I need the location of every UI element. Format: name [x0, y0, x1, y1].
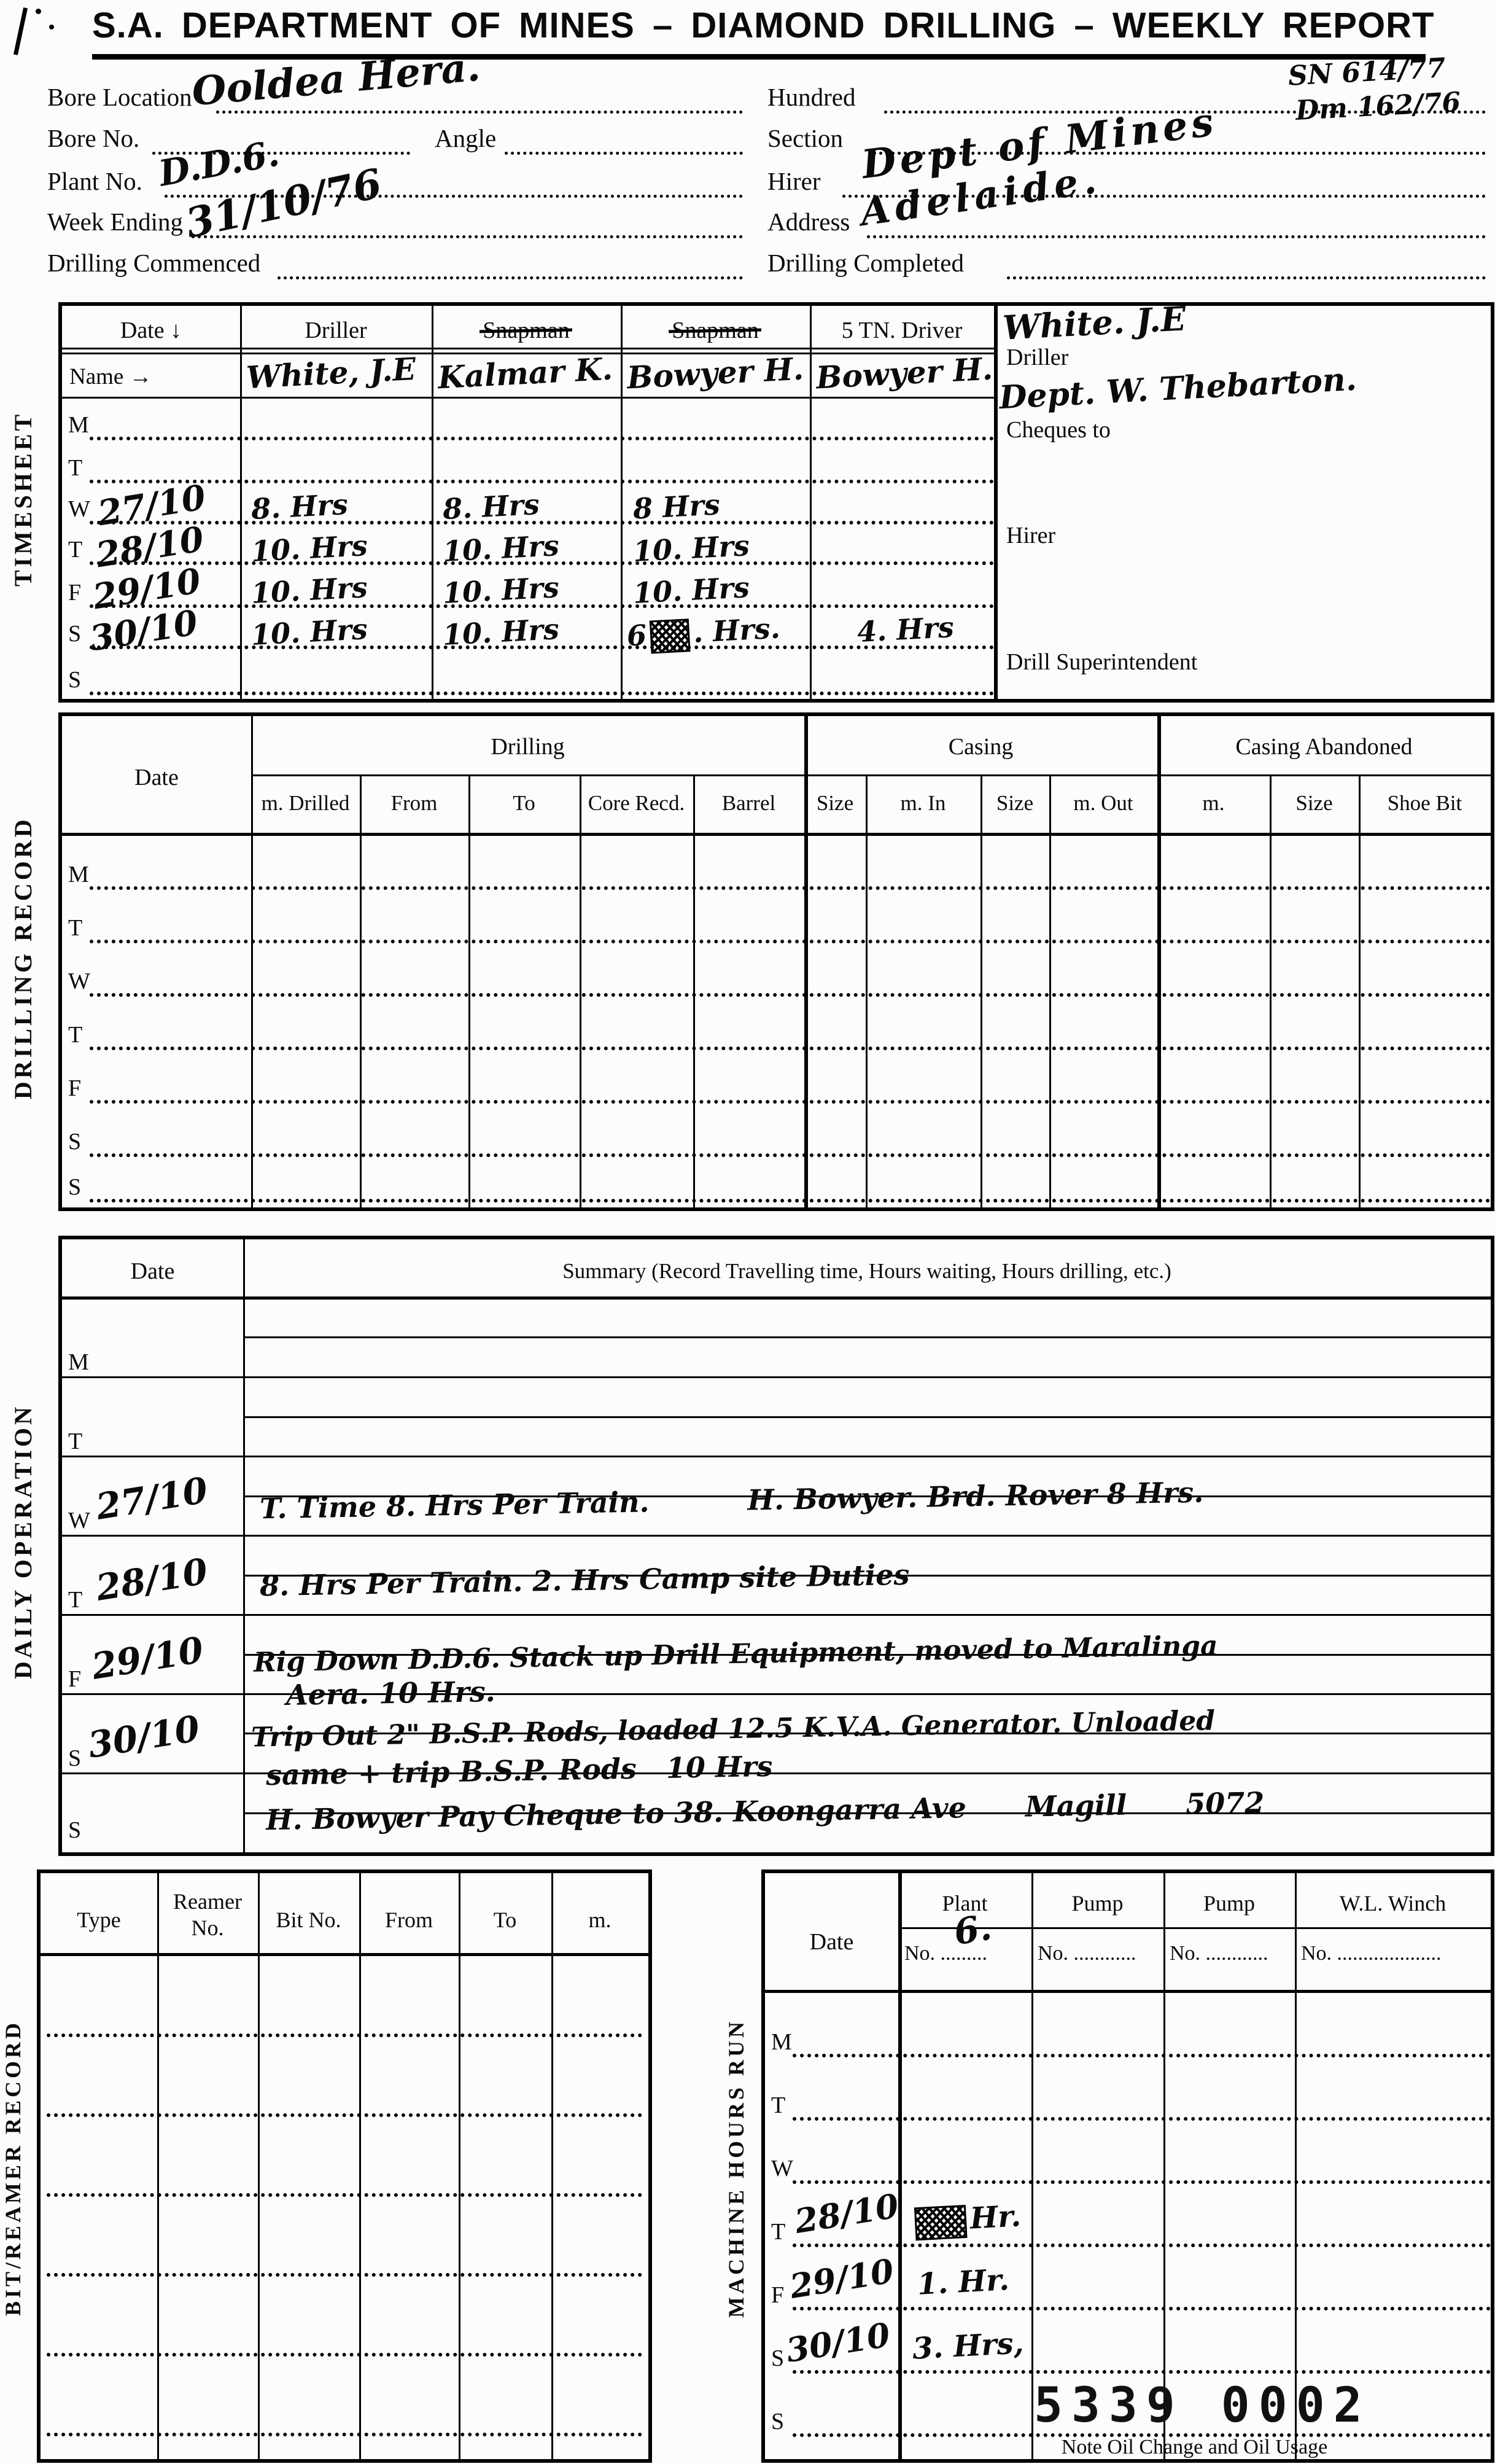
column-divider: [360, 774, 362, 1207]
summary-line: Trip Out 2" B.S.P. Rods, loaded 12.5 K.V…: [251, 1705, 1216, 1753]
winch-no-label: No. ....................: [1301, 1942, 1491, 1965]
hours-cell: 10. Hrs: [442, 612, 560, 652]
col-reamer-no: Reamer No.: [166, 1889, 249, 1941]
col-core-recd: Core Recd.: [580, 791, 693, 816]
row-rule: [90, 604, 994, 608]
day-label: F: [68, 1075, 81, 1102]
bore-location-label: Bore Location: [47, 82, 192, 112]
summary-line: T. Time 8. Hrs Per Train. H. Bowyer. Brd…: [260, 1476, 1204, 1526]
page-title: S.A. DEPARTMENT OF MINES – DIAMOND DRILL…: [92, 5, 1434, 46]
row-rule: [62, 1535, 1491, 1537]
header-rule: [62, 348, 994, 349]
row-rule: [793, 2244, 1491, 2247]
title-underline: [92, 54, 1426, 60]
day-label: S: [68, 1174, 81, 1201]
column-divider: [810, 306, 812, 699]
summary-line: H. Bowyer Pay Cheque to 38. Koongarra Av…: [266, 1786, 1265, 1836]
week-ending-label: Week Ending: [47, 207, 183, 236]
header-rule: [62, 833, 1491, 836]
row-rule: [47, 2353, 642, 2357]
row-rule: [62, 1456, 1491, 1457]
day-label: M: [68, 411, 89, 439]
row-rule: [47, 2033, 642, 2037]
ref-number-dm: Dm 162/76: [1295, 87, 1461, 127]
timesheet-section-label: TIMESHEET: [9, 382, 37, 615]
bore-no-label: Bore No.: [47, 123, 139, 153]
col-bit-no: Bit No.: [258, 1907, 359, 1933]
col-size-2: Size: [980, 791, 1049, 816]
col-m: m.: [551, 1907, 648, 1933]
day-label: F: [68, 1666, 81, 1693]
col-from: From: [359, 1907, 459, 1933]
summary-line: Aera. 10 Hrs.: [286, 1675, 496, 1712]
angle-label: Angle: [435, 123, 496, 153]
side-driller-name: White. J.E: [1002, 298, 1187, 348]
daily-date-f: 29/10: [89, 1629, 206, 1688]
hirer-label: Hirer: [767, 166, 821, 196]
summary-header: Summary (Record Travelling time, Hours w…: [243, 1259, 1491, 1284]
day-label: M: [68, 1349, 89, 1376]
row-rule: [90, 1199, 1491, 1203]
bit-reamer-table: Type Reamer No. Bit No. From To m.: [37, 1869, 652, 2463]
col-pump-1: Pump: [1031, 1890, 1163, 1916]
col-to: To: [468, 791, 580, 816]
date-header: Date: [765, 1928, 898, 1955]
scan-artifact: [36, 9, 41, 14]
day-label: M: [771, 2029, 792, 2056]
day-label: T: [68, 454, 82, 481]
col-size-1: Size: [804, 791, 866, 816]
machine-date-s: 30/10: [783, 2315, 893, 2370]
column-divider: [459, 1873, 460, 2459]
summary-line: 8. Hrs Per Train. 2. Hrs Camp site Dutie…: [260, 1558, 910, 1602]
row-rule: [793, 2117, 1491, 2121]
day-label: W: [68, 496, 90, 523]
row-rule: [90, 1153, 1491, 1157]
day-label: T: [68, 536, 82, 563]
row-rule: [47, 2193, 642, 2197]
drilling-commenced-line: [278, 276, 743, 279]
day-label: T: [68, 1586, 82, 1613]
column-divider: [1270, 774, 1272, 1207]
day-label: F: [771, 2282, 784, 2309]
row-rule: [62, 1693, 1491, 1695]
column-divider: [258, 1873, 260, 2459]
hours-cell: 8 Hrs: [632, 488, 721, 525]
ruled-line: [243, 1416, 1491, 1418]
week-ending-line: [192, 235, 743, 238]
bit-reamer-section-label: BIT/REAMER RECORD: [0, 1996, 26, 2340]
day-label: W: [771, 2155, 793, 2182]
day-label: W: [68, 1507, 90, 1534]
plant-no-value: 6.: [951, 1906, 994, 1954]
day-label: S: [68, 1817, 81, 1844]
scan-artifact: [49, 25, 54, 29]
drilling-record-section-label: DRILLING RECORD: [9, 811, 37, 1105]
day-label: S: [68, 1128, 81, 1155]
row-rule: [793, 2054, 1491, 2057]
row-rule: [793, 2370, 1491, 2374]
row-rule: [90, 480, 994, 483]
day-label: M: [68, 861, 89, 888]
column-divider: [432, 306, 433, 699]
row-rule: [90, 692, 994, 695]
col-to: To: [459, 1907, 551, 1933]
column-divider: [580, 774, 581, 1207]
daily-date-t2: 28/10: [93, 1550, 211, 1609]
hours-cell: 10. Hrs: [250, 529, 368, 568]
hours-cell: 10. Hrs: [632, 529, 750, 568]
pump-no-label-1: No. ............: [1038, 1942, 1163, 1965]
group-rule: [251, 774, 1491, 776]
daily-date-w: 27/10: [93, 1469, 211, 1528]
header-rule: [62, 1296, 1491, 1300]
column-divider: [980, 774, 982, 1207]
row-rule: [90, 940, 1491, 943]
row-rule: [62, 1614, 1491, 1616]
row-rule: [47, 2113, 642, 2117]
daily-date-s: 30/10: [85, 1707, 203, 1766]
side-driller-label: Driller: [1006, 344, 1068, 371]
side-superintendent-label: Drill Superintendent: [1006, 649, 1197, 676]
ruled-line: [243, 1336, 1491, 1338]
name-row-label: Name →: [69, 364, 152, 390]
column-divider: [621, 306, 623, 699]
address-label: Address: [767, 207, 850, 236]
timesheet-col-driver: 5 TN. Driver: [810, 317, 994, 344]
column-divider: [1049, 774, 1051, 1207]
day-label: T: [68, 1428, 82, 1455]
summary-line: Rig Down D.D.6. Stack up Drill Equipment…: [254, 1630, 1218, 1678]
col-from: From: [360, 791, 468, 816]
name-driller: White, J.E: [246, 351, 417, 396]
struck-text: Snapman: [483, 317, 569, 344]
hours-cell: 8. Hrs: [250, 488, 349, 526]
row-rule: [90, 437, 994, 440]
column-divider: [551, 1873, 553, 2459]
drilling-completed-line: [1007, 276, 1486, 279]
section-label: Section: [767, 123, 843, 153]
drilling-completed-label: Drilling Completed: [767, 248, 964, 278]
angle-line: [505, 152, 743, 155]
hours-cell: 10. Hrs: [250, 571, 368, 610]
group-casing-abandoned: Casing Abandoned: [1157, 733, 1491, 760]
column-divider: [157, 1873, 159, 2459]
timesheet-col-driller: Driller: [240, 317, 432, 344]
hours-cell: 10. Hrs: [250, 612, 368, 652]
daily-operation-table: Date Summary (Record Travelling time, Ho…: [58, 1236, 1494, 1856]
day-label: T: [771, 2218, 785, 2245]
group-divider: [1157, 716, 1161, 1207]
row-rule: [47, 2273, 642, 2277]
machine-plant-t2: Hr.: [911, 2199, 1022, 2240]
machine-hours-table: Date Plant Pump Pump W.L. Winch No. ....…: [761, 1869, 1494, 2463]
col-barrel: Barrel: [693, 791, 804, 816]
day-label: S: [68, 666, 81, 693]
group-casing: Casing: [804, 733, 1157, 760]
scribble: [914, 2205, 968, 2240]
name-snapman-2: Bowyer H.: [626, 351, 805, 396]
column-divider: [240, 306, 242, 699]
col-m-out: m. Out: [1049, 791, 1157, 816]
address-line: [867, 235, 1486, 238]
side-hirer-label: Hirer: [1006, 522, 1055, 549]
name-row-rule: [62, 397, 994, 399]
column-divider: [693, 774, 695, 1207]
header-rule: [62, 353, 994, 354]
column-divider: [359, 1873, 361, 2459]
col-m-abandoned: m.: [1157, 791, 1270, 816]
day-label: S: [68, 620, 81, 647]
day-label: T: [68, 914, 82, 942]
col-size-3: Size: [1270, 791, 1359, 816]
row-rule: [90, 521, 994, 524]
timesheet-table: Date ↓ Driller Snapman Snapman 5 TN. Dri…: [58, 302, 1494, 703]
row-rule: [90, 1100, 1491, 1104]
machine-stamp-number: 5339 0002: [1034, 2378, 1371, 2433]
header-rule: [41, 1953, 648, 1956]
date-header: Date: [62, 764, 251, 791]
name-driver: Bowyer H.: [815, 351, 994, 396]
hours-cell: 10. Hrs: [442, 571, 560, 610]
column-divider: [243, 1239, 245, 1852]
hours-cell: 10. Hrs: [442, 529, 560, 568]
drilling-commenced-label: Drilling Commenced: [47, 248, 260, 278]
column-divider: [468, 774, 470, 1207]
summary-line: same + trip B.S.P. Rods 10 Hrs: [266, 1750, 773, 1791]
row-rule: [90, 886, 1491, 890]
timesheet-col-date: Date ↓: [62, 317, 240, 344]
bore-location-line: [216, 111, 743, 114]
oil-change-note: Note Oil Change and Oil Usage: [898, 2436, 1491, 2459]
day-label: T: [771, 2092, 785, 2119]
plant-no-label: Plant No.: [47, 166, 142, 196]
hours-cell: 10. Hrs: [632, 571, 750, 610]
col-m-in: m. In: [866, 791, 980, 816]
timesheet-col-snapman-2: Snapman: [621, 317, 810, 344]
hours-cell: 4. Hrs: [856, 610, 955, 649]
timesheet-col-snapman-1: Snapman: [432, 317, 621, 344]
group-drilling: Drilling: [251, 733, 804, 760]
group-divider: [804, 716, 808, 1207]
row-rule: [62, 1376, 1491, 1378]
day-label: W: [68, 968, 90, 995]
column-divider: [994, 306, 998, 699]
hundred-label: Hundred: [767, 82, 855, 112]
col-m-drilled: m. Drilled: [251, 791, 360, 816]
date-header: Date: [62, 1258, 243, 1285]
day-label: T: [68, 1021, 82, 1048]
weekly-report-form: S.A. DEPARTMENT OF MINES – DIAMOND DRILL…: [0, 0, 1495, 2464]
day-label: F: [68, 579, 81, 606]
machine-hours-section-label: MACHINE HOURS RUN: [723, 1984, 749, 2352]
col-shoe-bit: Shoe Bit: [1359, 791, 1491, 816]
pump-no-label-2: No. ............: [1170, 1942, 1295, 1965]
col-pump-2: Pump: [1163, 1890, 1295, 1916]
daily-operation-section-label: DAILY OPERATION: [9, 1394, 37, 1689]
day-label: S: [68, 1745, 81, 1772]
row-rule: [793, 2180, 1491, 2184]
col-type: Type: [41, 1907, 157, 1933]
side-cheques-label: Cheques to: [1006, 416, 1111, 443]
machine-plant-f: 1. Hr.: [917, 2263, 1010, 2302]
column-divider: [1359, 774, 1361, 1207]
row-rule: [90, 993, 1491, 997]
name-snapman-1: Kalmar K.: [437, 351, 613, 396]
col-wl-winch: W.L. Winch: [1295, 1890, 1491, 1916]
column-divider: [251, 716, 253, 1207]
day-label: S: [771, 2408, 784, 2435]
row-rule: [90, 1047, 1491, 1050]
column-divider: [866, 774, 868, 1207]
day-label: S: [771, 2345, 784, 2372]
hours-cell: 8. Hrs: [442, 488, 540, 526]
header-rule: [765, 1990, 1491, 1993]
machine-date-f: 29/10: [787, 2251, 896, 2306]
row-rule: [47, 2433, 642, 2436]
row-rule: [793, 2307, 1491, 2310]
scribble: [650, 618, 691, 653]
machine-date-t2: 28/10: [792, 2186, 901, 2241]
struck-text: Snapman: [672, 317, 758, 344]
scan-artifact: [14, 7, 28, 55]
machine-plant-s: 3. Hrs,: [912, 2326, 1025, 2366]
drilling-record-table: Date Drilling Casing Casing Abandoned m.…: [58, 712, 1494, 1211]
